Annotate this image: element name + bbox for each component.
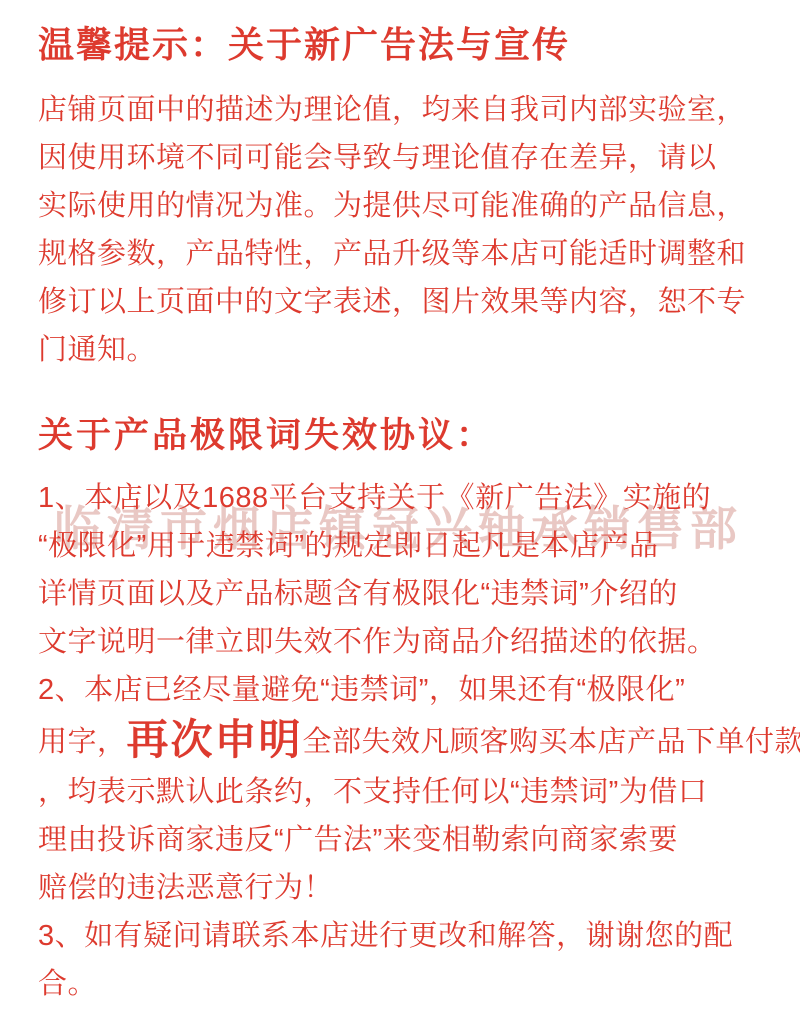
text-line: “极限化”用于违禁词”的规定即日起凡是本店产品 [38, 522, 770, 570]
agreement-emphasis-line: 用字，再次申明全部失效凡顾客购买本店产品下单付款 [38, 714, 770, 768]
text-line: 门通知。 [38, 326, 770, 374]
agreement-paragraph-before: 1、本店以及1688平台支持关于《新广告法》实施的“极限化”用于违禁词”的规定即… [38, 474, 770, 714]
text-line: 修订以上页面中的文字表述，图片效果等内容，恕不专 [38, 278, 770, 326]
notice-title: 温馨提示：关于新广告法与宣传 [38, 22, 770, 68]
agreement-title: 关于产品极限词失效协议： [38, 414, 770, 458]
emphasis-text: 再次申明 [127, 716, 303, 763]
text-line: 赔偿的违法恶意行为！ [38, 864, 770, 912]
text-line: 实际使用的情况为准。为提供尽可能准确的产品信息， [38, 182, 770, 230]
emphasis-post-text: 全部失效凡顾客购买本店产品下单付款 [303, 726, 800, 758]
text-line: 文字说明一律立即失效不作为商品介绍描述的依据。 [38, 618, 770, 666]
agreement-paragraph-after: ，均表示默认此条约，不支持任何以“违禁词”为借口理由投诉商家违反“广告法”来变相… [38, 768, 770, 1008]
text-line: 规格参数，产品特性，产品升级等本店可能适时调整和 [38, 230, 770, 278]
text-line: 1、本店以及1688平台支持关于《新广告法》实施的 [38, 474, 770, 522]
text-line: 因使用环境不同可能会导致与理论值存在差异，请以 [38, 134, 770, 182]
text-line: 详情页面以及产品标题含有极限化“违禁词”介绍的 [38, 570, 770, 618]
emphasis-pre-text: 用字， [38, 726, 127, 758]
text-line: 3、如有疑问请联系本店进行更改和解答，谢谢您的配 [38, 912, 770, 960]
notice-paragraph: 店铺页面中的描述为理论值，均来自我司内部实验室，因使用环境不同可能会导致与理论值… [38, 86, 770, 374]
text-line: 店铺页面中的描述为理论值，均来自我司内部实验室， [38, 86, 770, 134]
text-line: 理由投诉商家违反“广告法”来变相勒索向商家索要 [38, 816, 770, 864]
text-line: 合。 [38, 960, 770, 1008]
disclaimer-content: 温馨提示：关于新广告法与宣传 店铺页面中的描述为理论值，均来自我司内部实验室，因… [0, 0, 800, 1008]
disclaimer-page: 临清市烟店镇冠兴轴承销售部 温馨提示：关于新广告法与宣传 店铺页面中的描述为理论… [0, 0, 800, 1021]
text-line: ，均表示默认此条约，不支持任何以“违禁词”为借口 [38, 768, 770, 816]
text-line: 2、本店已经尽量避免“违禁词”，如果还有“极限化” [38, 666, 770, 714]
